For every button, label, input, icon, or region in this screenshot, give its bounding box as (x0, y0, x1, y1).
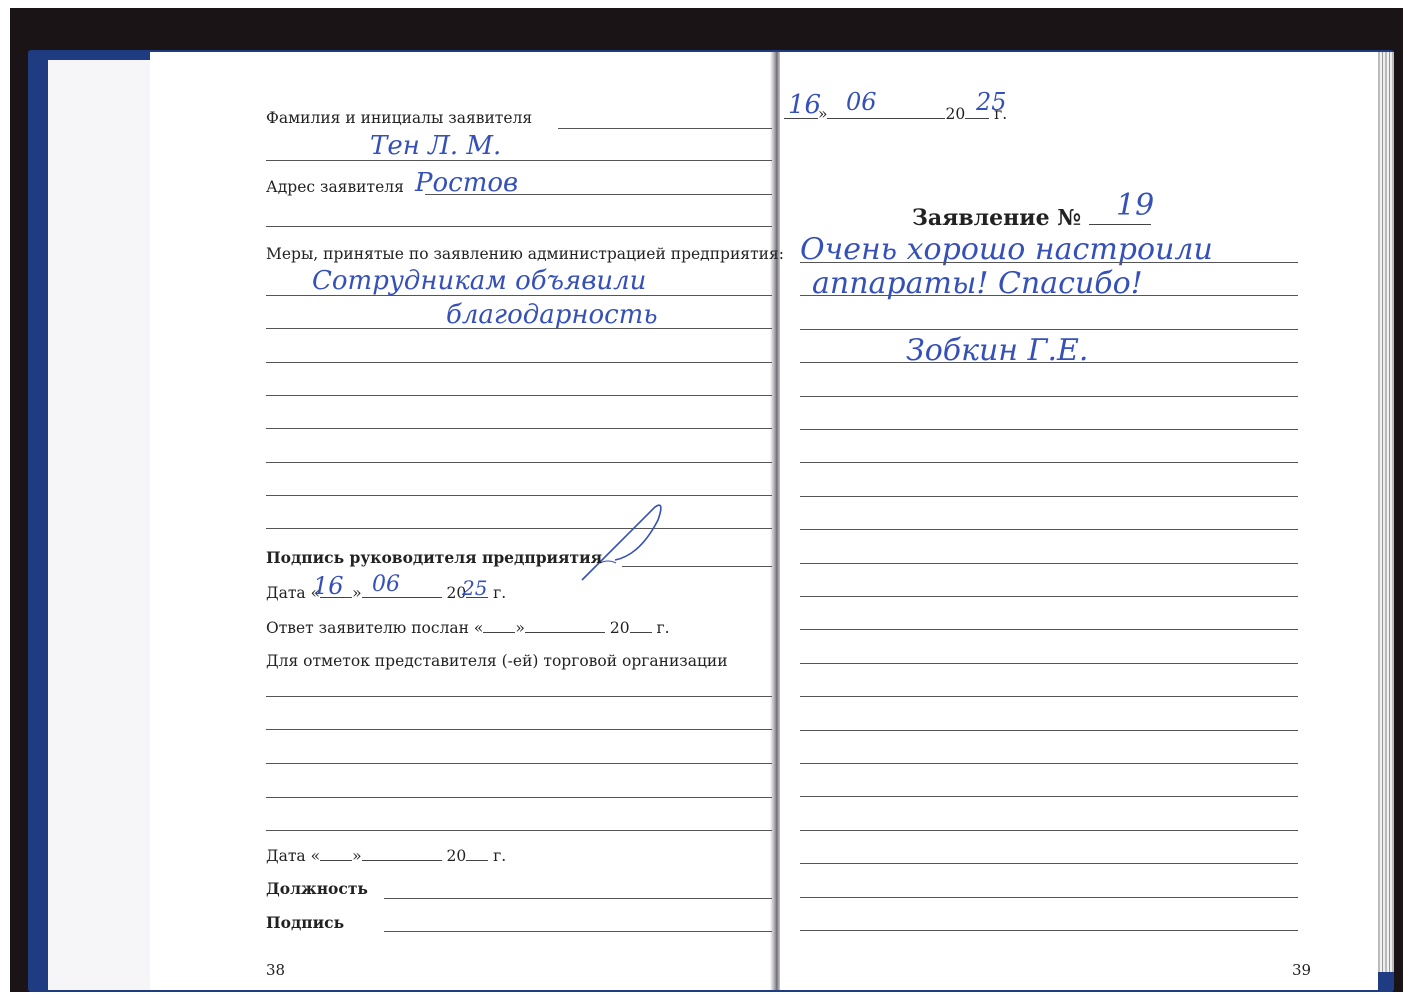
address-line-1 (425, 194, 772, 195)
reply-month-blank (525, 618, 605, 633)
page-edges (1378, 52, 1394, 972)
measures-value-line1[interactable]: Сотрудникам объявили (312, 266, 646, 296)
applicant-name-value[interactable]: Тен Л. М. (370, 131, 501, 161)
page-number-left: 38 (266, 961, 285, 979)
address-line-2 (266, 226, 772, 227)
reply-year-blank (630, 618, 652, 633)
bottom-date-label: Дата « (266, 847, 320, 865)
reply-sent-label: Ответ заявителю послан « (266, 619, 483, 637)
applicant-name-line-2 (266, 160, 772, 161)
statement-ruled-line[interactable] (800, 696, 1298, 697)
statement-ruled-line[interactable] (800, 563, 1298, 564)
flyleaf (48, 60, 152, 990)
measures-ruled-line[interactable] (266, 328, 772, 329)
statement-ruled-line[interactable] (800, 596, 1298, 597)
rep-marks-label: Для отметок представителя (-ей) торговой… (266, 652, 728, 670)
statement-ruled-line[interactable] (800, 897, 1298, 898)
reply-year-prefix: 20 (610, 619, 630, 637)
date-suffix: г. (493, 584, 506, 602)
manager-signature-label: Подпись руководителя предприятия (266, 549, 602, 567)
statement-ruled-line[interactable] (800, 262, 1298, 263)
statement-ruled-line[interactable] (800, 529, 1298, 530)
rep-marks-ruled-line[interactable] (266, 763, 772, 764)
statement-ruled-line[interactable] (800, 396, 1298, 397)
measures-ruled-line[interactable] (266, 428, 772, 429)
reply-suffix: г. (657, 619, 670, 637)
address-label: Адрес заявителя (266, 178, 404, 196)
measures-ruled-line[interactable] (266, 362, 772, 363)
manager-signature-scribble (570, 495, 680, 585)
rep-marks-ruled-line[interactable] (266, 797, 772, 798)
reply-sent-row: Ответ заявителю послан «» 20 г. (266, 618, 670, 637)
right-date-year-value[interactable]: 25 (976, 88, 1007, 116)
statement-ruled-line[interactable] (800, 763, 1298, 764)
applicant-name-label: Фамилия и инициалы заявителя (266, 109, 532, 127)
statement-ruled-line[interactable] (800, 429, 1298, 430)
position-line[interactable] (384, 898, 772, 899)
bottom-date-row: Дата «» 20 г. (266, 846, 506, 865)
measures-ruled-line[interactable] (266, 528, 772, 529)
signature-label: Подпись (266, 914, 344, 932)
right-date-month-value[interactable]: 06 (846, 88, 877, 116)
date-year-value[interactable]: 25 (462, 576, 487, 600)
position-label: Должность (266, 880, 368, 898)
rep-marks-ruled-line[interactable] (266, 696, 772, 697)
rep-marks-ruled-line[interactable] (266, 729, 772, 730)
bottom-date-day-blank (320, 846, 352, 861)
right-date-day-value[interactable]: 16 (788, 90, 821, 120)
signature-line[interactable] (384, 931, 772, 932)
bottom-date-month-blank (362, 846, 442, 861)
page-number-right: 39 (1292, 961, 1311, 979)
rep-marks-ruled-line[interactable] (266, 830, 772, 831)
statement-ruled-line[interactable] (800, 930, 1298, 931)
statement-ruled-line[interactable] (800, 629, 1298, 630)
right-page (780, 52, 1378, 990)
measures-ruled-line[interactable] (266, 495, 772, 496)
measures-value-line2[interactable]: благодарность (446, 300, 658, 330)
date-day-value[interactable]: 16 (313, 572, 344, 600)
measures-label: Меры, принятые по заявлению администраци… (266, 245, 784, 263)
statement-number-value[interactable]: 19 (1116, 188, 1154, 223)
reply-day-blank (483, 618, 515, 633)
applicant-name-line-1 (558, 128, 772, 129)
date-label: Дата « (266, 584, 320, 602)
statement-ruled-line[interactable] (800, 663, 1298, 664)
bottom-date-suffix: г. (493, 847, 506, 865)
bottom-date-year-prefix: 20 (447, 847, 467, 865)
statement-ruled-line[interactable] (800, 462, 1298, 463)
measures-ruled-line[interactable] (266, 395, 772, 396)
manager-signature-line (622, 566, 772, 567)
measures-ruled-line[interactable] (266, 462, 772, 463)
statement-ruled-line[interactable] (800, 295, 1298, 296)
statement-ruled-line[interactable] (800, 796, 1298, 797)
statement-ruled-line[interactable] (800, 730, 1298, 731)
date-month-value[interactable]: 06 (372, 572, 400, 597)
statement-ruled-line[interactable] (800, 329, 1298, 330)
statement-ruled-line[interactable] (800, 830, 1298, 831)
right-date-year-prefix: 20 (945, 105, 965, 123)
statement-title-text: Заявление № (912, 205, 1081, 231)
measures-ruled-line[interactable] (266, 295, 772, 296)
statement-ruled-line[interactable] (800, 863, 1298, 864)
bottom-date-year-blank (466, 846, 488, 861)
statement-ruled-line[interactable] (800, 362, 1298, 363)
statement-ruled-line[interactable] (800, 496, 1298, 497)
